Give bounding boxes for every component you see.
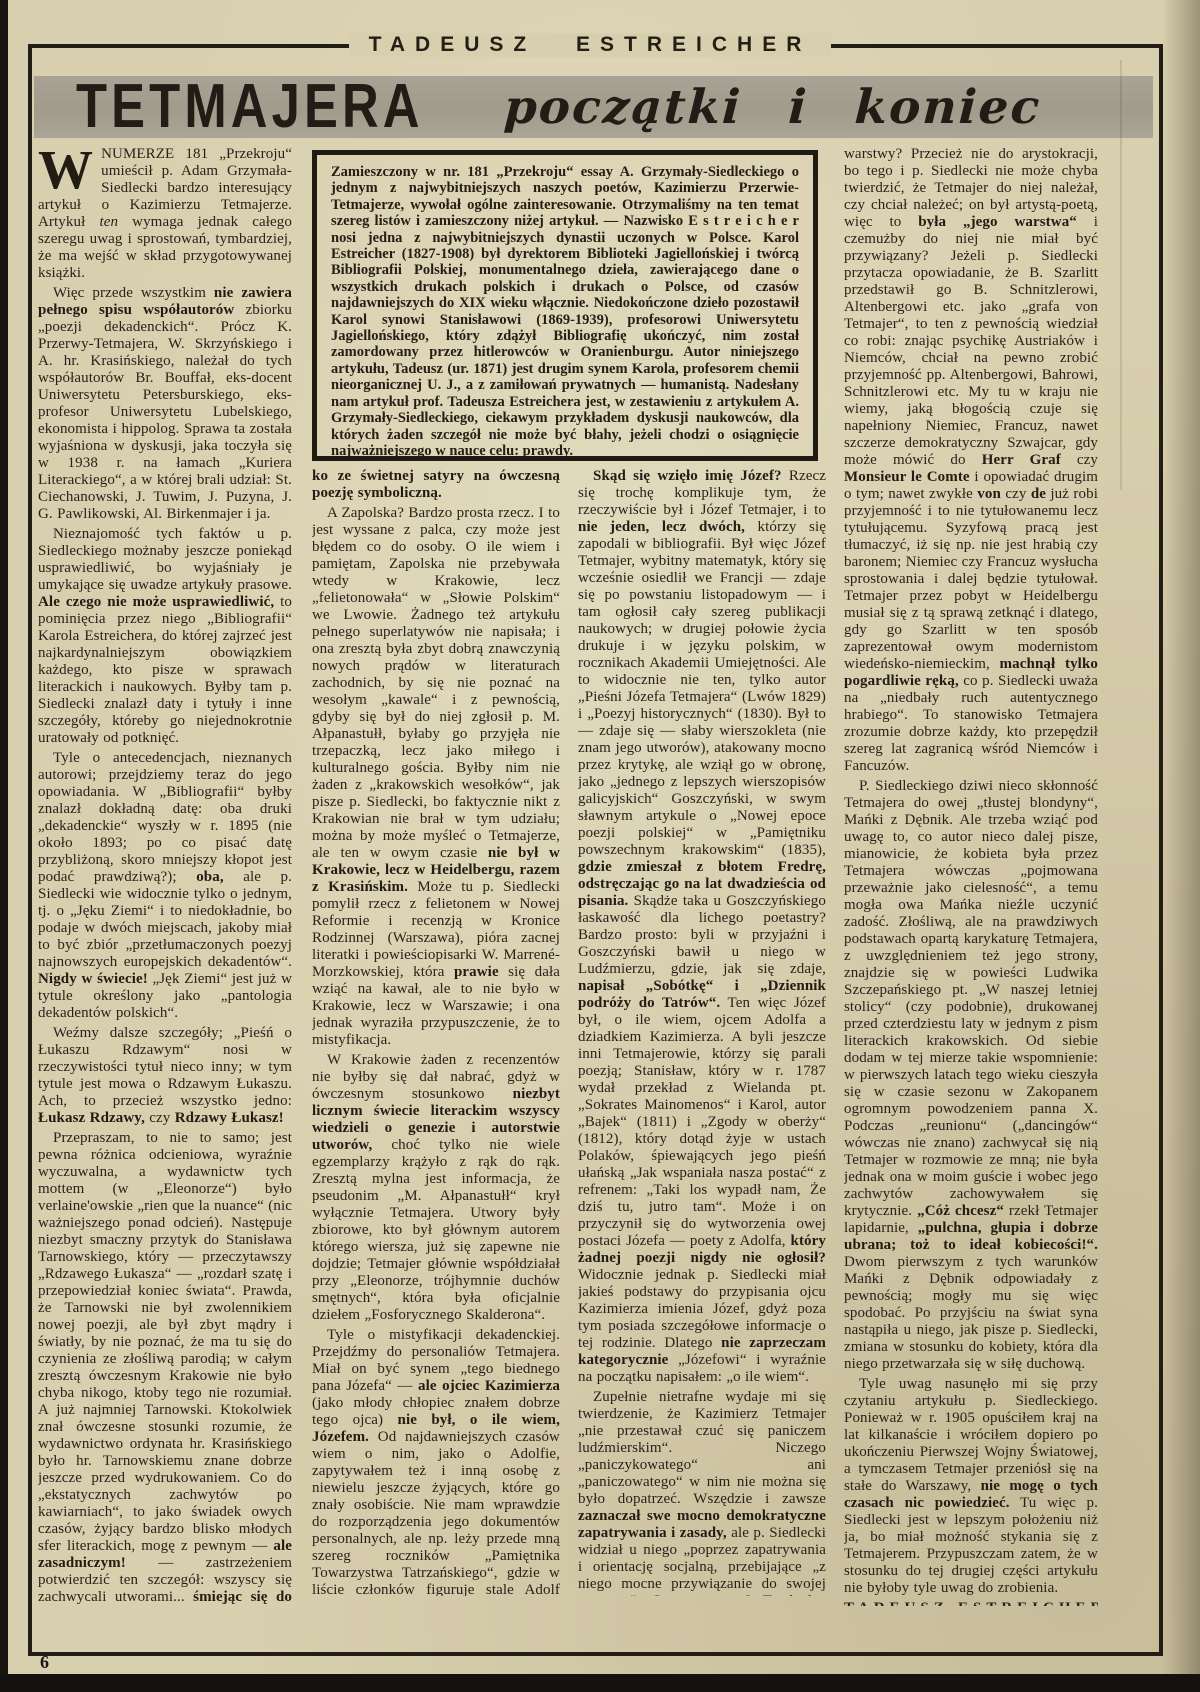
author-signature: TADEUSZ ESTREICHER bbox=[844, 1600, 1098, 1606]
paragraph: A Zapolska? Bardzo prosta rzecz. I to je… bbox=[312, 505, 560, 1049]
article-column-1: WNUMERZE 181 „Przekroju“ umieścił p. Ada… bbox=[38, 146, 292, 1606]
editorial-note-text: Zamieszczony w nr. 181 „Przekroju“ essay… bbox=[331, 164, 799, 459]
article-column-3: Skąd się wzięło imię Józef? Rzecz się tr… bbox=[578, 468, 826, 1596]
article-title-main: TETMAJERA bbox=[76, 76, 424, 138]
scan-edge-right bbox=[1162, 0, 1200, 1692]
magazine-page: TADEUSZ ESTREICHER TETMAJERA początki i … bbox=[0, 0, 1200, 1692]
paragraph: Tyle o antecedencjach, nieznanych autoro… bbox=[38, 750, 292, 1022]
paragraph: P. Siedleckiego dziwi nieco skłonność Te… bbox=[844, 778, 1098, 1373]
article-title-script: początki i koniec bbox=[502, 80, 1042, 135]
article-column-4: warstwy? Przecież nie do arystokracji, b… bbox=[844, 146, 1098, 1606]
page-number: 6 bbox=[40, 1652, 49, 1673]
paragraph: Więc przede wszystkim nie zawiera pełneg… bbox=[38, 285, 292, 523]
paragraph: Skąd się wzięło imię Józef? Rzecz się tr… bbox=[578, 468, 826, 1386]
scan-edge-left bbox=[0, 0, 8, 1692]
title-band: TETMAJERA początki i koniec bbox=[34, 76, 1153, 138]
masthead: TADEUSZ ESTREICHER bbox=[0, 33, 1180, 57]
editorial-note-box: Zamieszczony w nr. 181 „Przekroju“ essay… bbox=[312, 150, 818, 461]
paragraph: ko ze świetnej satyry na ówczesną poezję… bbox=[312, 468, 560, 502]
paragraph: warstwy? Przecież nie do arystokracji, b… bbox=[844, 146, 1098, 775]
paragraph: W Krakowie żaden z recenzentów nie byłby… bbox=[312, 1052, 560, 1324]
drop-cap: W bbox=[38, 146, 101, 191]
paragraph: Przepraszam, to nie to samo; jest pewna … bbox=[38, 1130, 292, 1606]
paper-crease bbox=[1120, 60, 1122, 490]
paragraph: Zupełnie nietrafne wydaje mi się twierdz… bbox=[578, 1389, 826, 1596]
scan-edge-bottom bbox=[0, 1674, 1200, 1692]
article-column-2: ko ze świetnej satyry na ówczesną poezję… bbox=[312, 468, 560, 1596]
paragraph: WNUMERZE 181 „Przekroju“ umieścił p. Ada… bbox=[38, 146, 292, 282]
paragraph: Nieznajomość tych faktów u p. Siedleckie… bbox=[38, 526, 292, 747]
paragraph: Weźmy dalsze szczegóły; „Pieśń o Łukaszu… bbox=[38, 1025, 292, 1127]
paragraph: Tyle uwag nasunęło mi się przy czytaniu … bbox=[844, 1376, 1098, 1597]
masthead-author: TADEUSZ ESTREICHER bbox=[349, 33, 832, 57]
paragraph: Tyle o mistyfikacji dekadenckiej. Przejd… bbox=[312, 1327, 560, 1596]
